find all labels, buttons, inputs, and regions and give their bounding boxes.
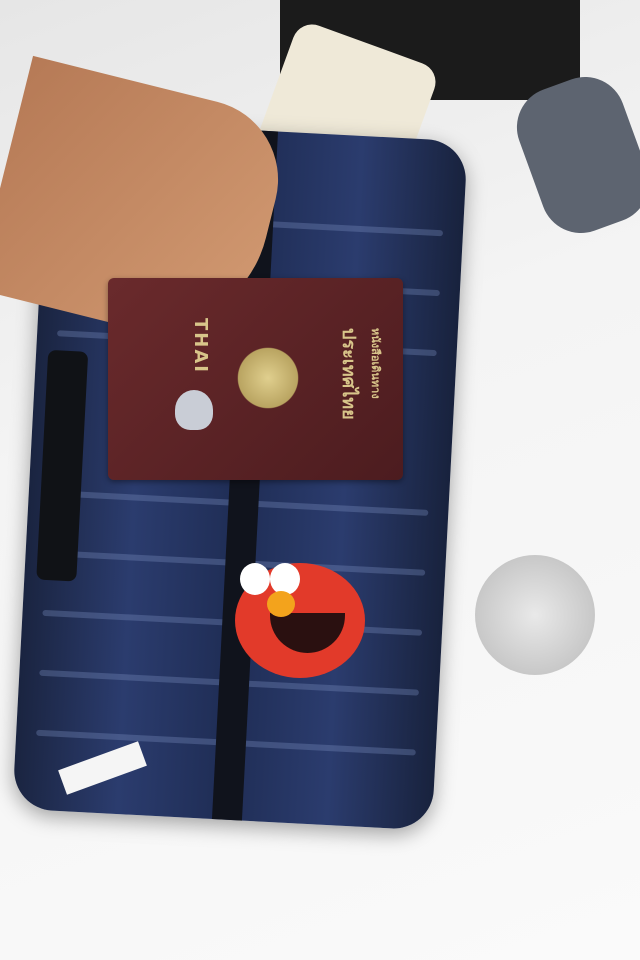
passport-subtitle: หนังสือเดินทาง (366, 328, 384, 399)
nose-icon (267, 591, 295, 617)
passport-title: ประเทศไทย (334, 328, 363, 420)
eye-icon (240, 563, 270, 595)
elmo-luggage-tag (235, 563, 365, 678)
mouth-icon (270, 613, 345, 653)
passport-country: THAI (190, 318, 211, 374)
queue-stanchion (475, 555, 595, 675)
garuda-emblem-icon (233, 343, 303, 413)
glitter-nail (175, 390, 213, 430)
eye-icon (270, 563, 300, 595)
passport: ประเทศไทย หนังสือเดินทาง THAI (108, 278, 403, 480)
suitcase-handle (36, 350, 88, 582)
